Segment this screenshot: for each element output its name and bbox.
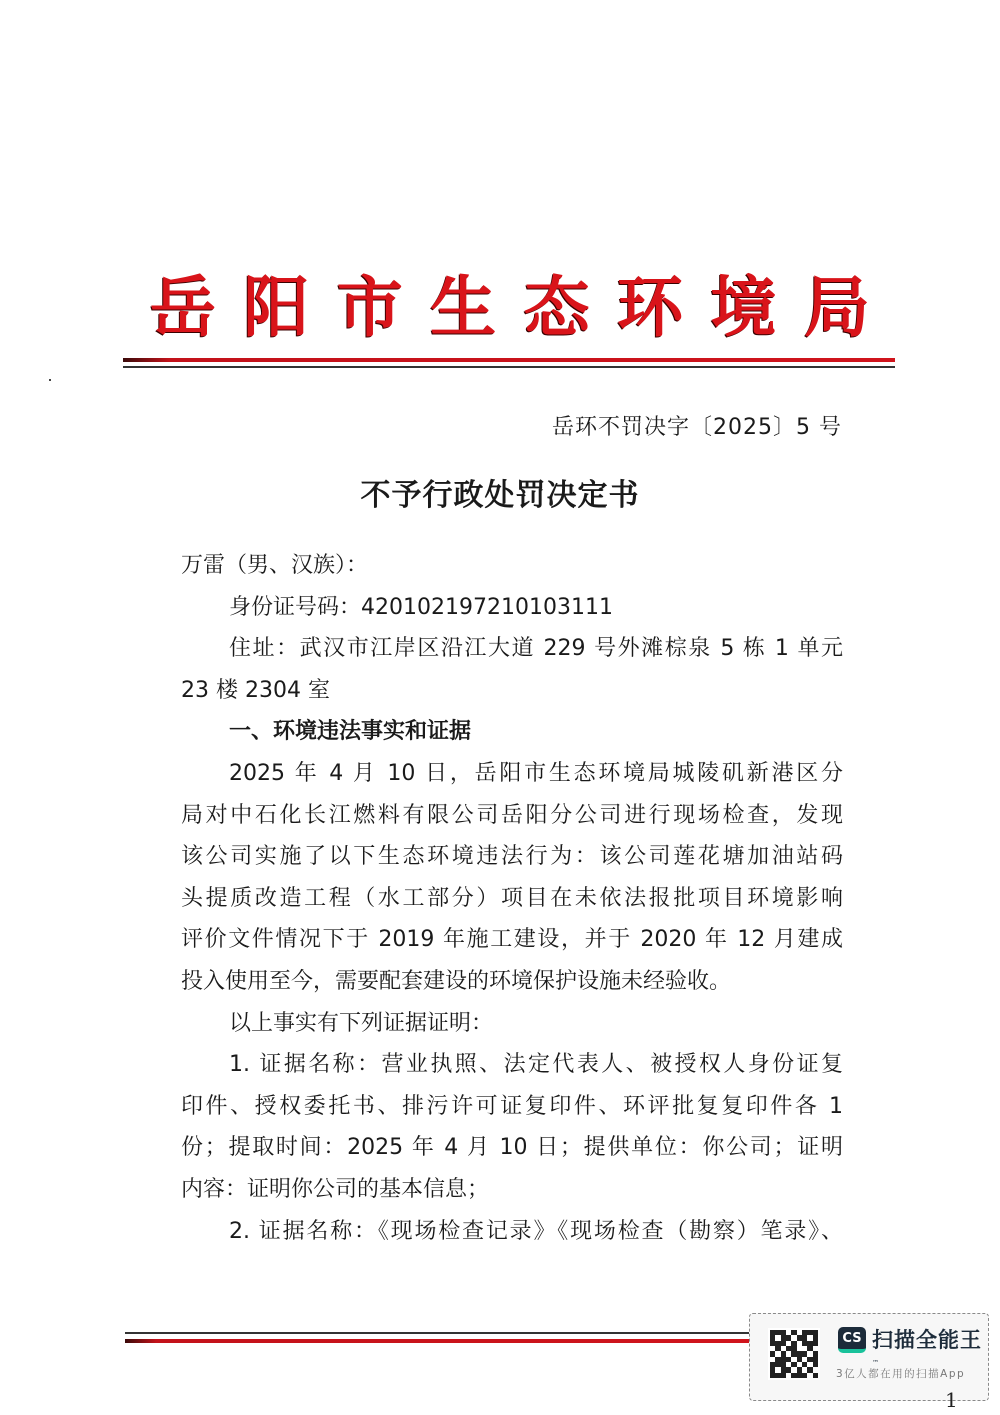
evidence-1-line: 1. 证据名称：营业执照、法定代表人、被授权人身份证复 bbox=[181, 1044, 843, 1086]
masthead-char: 局 bbox=[804, 274, 870, 340]
evidence-1-line: 印件、授权委托书、排污许可证复印件、环评批复复印件各 1 bbox=[181, 1086, 843, 1128]
facts-line: 评价文件情况下于 2019 年施工建设，并于 2020 年 12 月建成 bbox=[181, 919, 843, 961]
address-line-2: 23 楼 2304 室 bbox=[181, 670, 843, 712]
facts-line: 2025 年 4 月 10 日，岳阳市生态环境局城陵矶新港区分 bbox=[181, 753, 843, 795]
facts-line: 该公司实施了以下生态环境违法行为：该公司莲花塘加油站码 bbox=[181, 836, 843, 878]
masthead-char: 阳 bbox=[243, 274, 309, 340]
evidence-1-line: 份；提取时间：2025 年 4 月 10 日；提供单位：你公司；证明 bbox=[181, 1127, 843, 1169]
camscanner-logo-icon: CS bbox=[838, 1327, 866, 1353]
masthead-char: 环 bbox=[617, 274, 683, 340]
masthead-char: 境 bbox=[711, 274, 777, 340]
document-title: 不予行政处罚决定书 bbox=[0, 470, 1000, 514]
facts-line: 头提质改造工程（水工部分）项目在未依法报批项目环境影响 bbox=[181, 878, 843, 920]
document-number: 岳环不罚决字〔2025〕5 号 bbox=[552, 410, 842, 441]
address-line-1: 住址：武汉市江岸区沿江大道 229 号外滩棕泉 5 栋 1 单元 bbox=[181, 628, 843, 670]
header-red-rule bbox=[123, 358, 895, 362]
masthead-char: 态 bbox=[524, 274, 590, 340]
evidence-intro: 以上事实有下列证据证明： bbox=[181, 1003, 843, 1045]
footer-red-rule bbox=[125, 1339, 750, 1343]
masthead-char: 岳 bbox=[150, 274, 216, 340]
masthead-char: 生 bbox=[430, 274, 496, 340]
footer-dark-rule bbox=[125, 1332, 750, 1334]
document-page: 岳 阳 市 生 态 环 境 局 岳环不罚决字〔2025〕5 号 不予行政处罚决定… bbox=[0, 0, 1000, 1415]
document-body: 万雷（男、汉族）： 身份证号码：420102197210103111 住址：武汉… bbox=[181, 545, 843, 1252]
app-name-text: 扫描全能王 bbox=[872, 1328, 982, 1352]
header-dark-rule bbox=[123, 366, 895, 368]
evidence-1-line: 内容：证明你公司的基本信息； bbox=[181, 1169, 843, 1211]
page-number: 1 bbox=[945, 1388, 958, 1412]
facts-line: 局对中石化长江燃料有限公司岳阳分公司进行现场检查，发现 bbox=[181, 795, 843, 837]
masthead-char: 市 bbox=[337, 274, 403, 340]
agency-masthead: 岳 阳 市 生 态 环 境 局 bbox=[150, 262, 870, 352]
camscanner-tagline: 3亿人都在用的扫描App bbox=[836, 1366, 965, 1381]
facts-line: 投入使用至今，需要配套建设的环境保护设施未经验收。 bbox=[181, 961, 843, 1003]
id-number-line: 身份证号码：420102197210103111 bbox=[181, 587, 843, 629]
addressee: 万雷（男、汉族）： bbox=[181, 545, 843, 587]
evidence-2-line: 2. 证据名称：《现场检查记录》《现场检查（勘察）笔录》、 bbox=[181, 1211, 843, 1253]
section-heading: 一、环境违法事实和证据 bbox=[181, 711, 843, 753]
scan-speck bbox=[49, 379, 51, 381]
qr-code-icon[interactable] bbox=[768, 1328, 820, 1380]
